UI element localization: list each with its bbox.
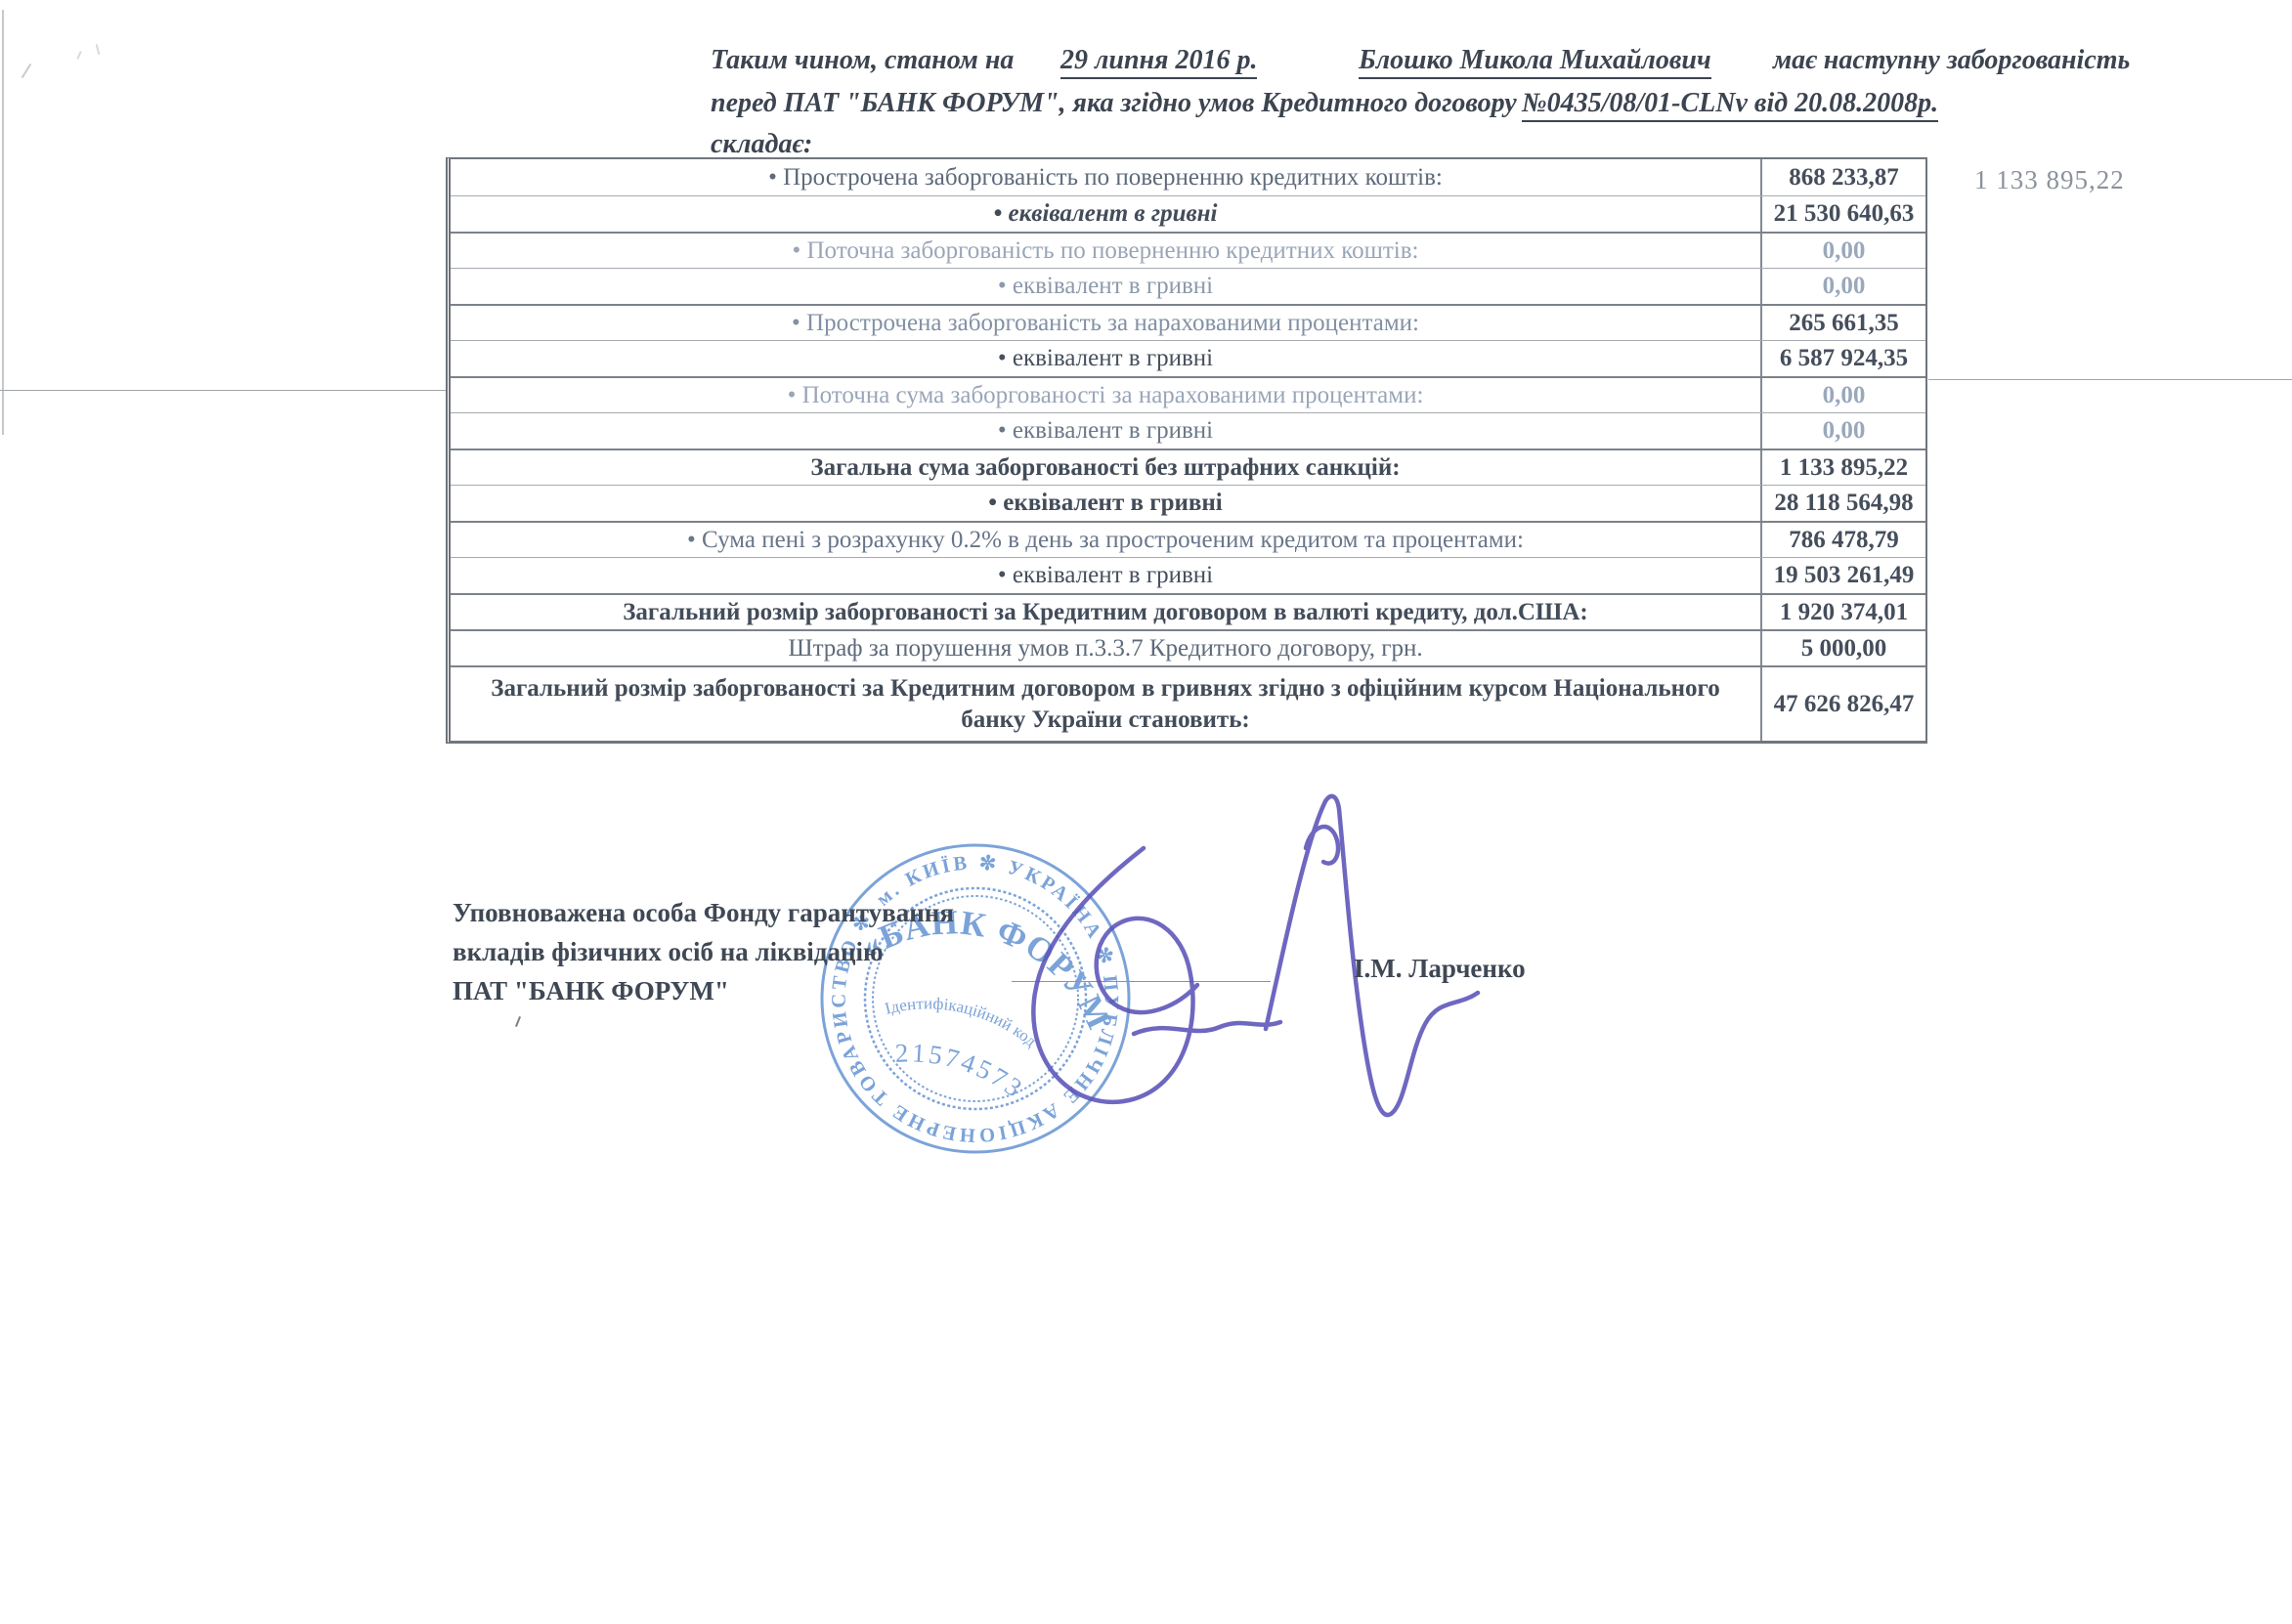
row-value: 5 000,00: [1760, 631, 1925, 665]
table-row: • еквівалент в гривні 6 587 924,35: [451, 340, 1925, 376]
row-label: • еквівалент в гривні: [451, 198, 1760, 230]
margin-total-note: 1 133 895,22: [1974, 165, 2125, 195]
row-label: • еквівалент в гривні: [451, 343, 1760, 374]
table-row: • Прострочена заборгованість по повернен…: [451, 159, 1925, 195]
row-value: 47 626 826,47: [1760, 667, 1925, 741]
scanned-debt-statement-page: Таким чином, станом на 29 липня 2016 р. …: [0, 0, 2292, 1624]
table-row: • еквівалент в гривні 0,00: [451, 412, 1925, 449]
scan-edge-line: [2, 10, 4, 435]
row-value: 265 661,35: [1760, 306, 1925, 340]
table-row: • Поточна сума заборгованості за нарахов…: [451, 376, 1925, 412]
row-value: 0,00: [1760, 413, 1925, 449]
row-value: 0,00: [1760, 234, 1925, 268]
row-value: 786 478,79: [1760, 523, 1925, 557]
table-row: • Сума пені з розрахунку 0.2% в день за …: [451, 521, 1925, 557]
debt-table: • Прострочена заборгованість по повернен…: [446, 157, 1927, 744]
header-intro-text: Таким чином, станом на: [711, 45, 1014, 76]
header-creditor-text: перед ПАТ "БАНК ФОРУМ", яка згідно умов …: [711, 88, 1517, 119]
table-row: • еквівалент в гривні 19 503 261,49: [451, 557, 1925, 593]
row-value: 28 118 564,98: [1760, 486, 1925, 521]
row-value: 6 587 924,35: [1760, 341, 1925, 376]
table-row: • еквівалент в гривні 28 118 564,98: [451, 485, 1925, 521]
table-row: • Поточна заборгованість по поверненню к…: [451, 232, 1925, 268]
signatory-org: ПАТ "БАНК ФОРУМ": [453, 976, 729, 1006]
row-label: • еквівалент в гривні: [451, 488, 1760, 519]
row-value: 868 233,87: [1760, 159, 1925, 195]
page-fold-line-right: [1928, 379, 2292, 380]
row-label: • еквівалент в гривні: [451, 560, 1760, 591]
table-row: Загальний розмір заборгованості за Креди…: [451, 665, 1925, 741]
table-row: • еквівалент в гривні 0,00: [451, 268, 1925, 304]
signatory-title-line1: Уповноважена особа Фонду гарантування: [453, 898, 954, 928]
statement-date: 29 липня 2016 р.: [1060, 45, 1257, 79]
header-colon-text: складає:: [711, 129, 812, 160]
page-fold-line-left: [0, 390, 446, 391]
row-value: 19 503 261,49: [1760, 558, 1925, 593]
pencil-mark: [96, 44, 101, 55]
row-value: 21 530 640,63: [1760, 196, 1925, 232]
row-label: • еквівалент в гривні: [451, 271, 1760, 302]
table-row: • еквівалент в гривні 21 530 640,63: [451, 195, 1925, 232]
row-label: Загальний розмір заборгованості за Креди…: [451, 673, 1760, 736]
signatory-title-line2: вкладів фізичних осіб на ліквідацію: [453, 937, 884, 967]
row-label: • Сума пені з розрахунку 0.2% в день за …: [451, 525, 1760, 556]
table-row: Штраф за порушення умов п.3.3.7 Кредитно…: [451, 629, 1925, 665]
row-value: 0,00: [1760, 269, 1925, 304]
row-label: • Прострочена заборгованість по повернен…: [451, 162, 1760, 193]
pencil-mark: [22, 64, 32, 78]
contract-number: №0435/08/01-CLNv від 20.08.2008р.: [1522, 88, 1938, 122]
table-row: Загальний розмір заборгованості за Креди…: [451, 593, 1925, 629]
debtor-name: Блошко Микола Михайлович: [1359, 45, 1711, 79]
pen-tick-mark: [515, 1016, 521, 1027]
row-label: • Прострочена заборгованість за нарахова…: [451, 308, 1760, 339]
row-label: • Поточна заборгованість по поверненню к…: [451, 235, 1760, 267]
row-value: 1 920 374,01: [1760, 595, 1925, 629]
row-label: Штраф за порушення умов п.3.3.7 Кредитно…: [451, 633, 1760, 664]
row-label: • еквівалент в гривні: [451, 415, 1760, 447]
row-value: 1 133 895,22: [1760, 450, 1925, 485]
row-value: 0,00: [1760, 378, 1925, 412]
row-label: Загальний розмір заборгованості за Креди…: [451, 597, 1760, 628]
row-label: Загальна сума заборгованості без штрафни…: [451, 452, 1760, 484]
header-suffix-text: має наступну заборгованість: [1773, 45, 2130, 76]
row-label: • Поточна сума заборгованості за нарахов…: [451, 380, 1760, 411]
pencil-mark: [76, 51, 81, 60]
signatory-name: І.М. Ларченко: [1354, 954, 1526, 984]
table-row: Загальна сума заборгованості без штрафни…: [451, 449, 1925, 485]
table-row: • Прострочена заборгованість за нарахова…: [451, 304, 1925, 340]
